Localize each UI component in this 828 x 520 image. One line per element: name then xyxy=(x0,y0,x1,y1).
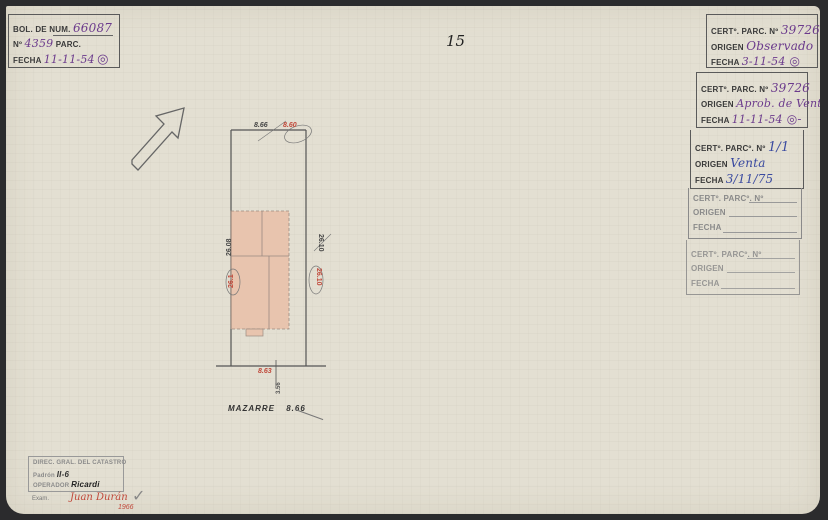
page-number: 15 xyxy=(446,32,465,50)
cert-stamp-5: CERTº. PARCº. Nº ORIGEN FECHA xyxy=(686,240,800,295)
north-arrow-icon xyxy=(124,104,194,174)
right-length-red: 26.10 xyxy=(315,268,322,286)
corner-label: 3.56 xyxy=(276,382,282,394)
top-width-red: 8.60 xyxy=(283,122,297,129)
fecha-label: FECHA xyxy=(13,56,41,65)
seal-icon: ◎- xyxy=(783,112,802,126)
cert-stamp-3: CERTº. PARCº. Nº 1/1 ORIGEN Venta FECHA … xyxy=(690,130,804,189)
num-label: Nº xyxy=(13,40,22,49)
bol-value: 66087 xyxy=(73,21,112,35)
cert-stamp-2: CERTº. PARC. Nº 39726 ORIGEN Aprob. de V… xyxy=(696,72,808,128)
seal-icon: ◎ xyxy=(786,54,801,68)
fecha-value: 11-11-54 xyxy=(44,53,95,66)
catastro-stamp: DIREC. GRAL. DEL CATASTRO Padrón II-6 OP… xyxy=(28,456,124,492)
bol-label: BOL. DE NUM. xyxy=(13,25,71,34)
signature: Juan Durán xyxy=(70,492,128,503)
top-width-label: 8.66 xyxy=(254,122,268,129)
parc-label: PARC. xyxy=(56,40,81,49)
num-value: 4359 xyxy=(25,37,54,50)
bottom-width-red: 8.63 xyxy=(258,368,272,375)
bol-stamp: BOL. DE NUM. 66087 Nº 4359 PARC. FECHA 1… xyxy=(8,14,120,68)
check-mark-icon: ✓ xyxy=(132,486,145,506)
plot-plan xyxy=(206,116,346,416)
exam-label: Exam. xyxy=(32,496,49,502)
cert-stamp-4: CERTº. PARCº. Nº ORIGEN FECHA xyxy=(688,188,802,239)
cert-stamp-1: CERTº. PARC. Nº 39726 ORIGEN Observado F… xyxy=(706,14,818,68)
cadastral-sheet: BOL. DE NUM. 66087 Nº 4359 PARC. FECHA 1… xyxy=(6,6,820,514)
left-length-label: 26.08 xyxy=(226,238,233,256)
left-length-red: 26.1 xyxy=(228,274,235,288)
right-length-label: 26.10 xyxy=(317,234,324,252)
seal-icon: ◎ xyxy=(97,52,109,67)
